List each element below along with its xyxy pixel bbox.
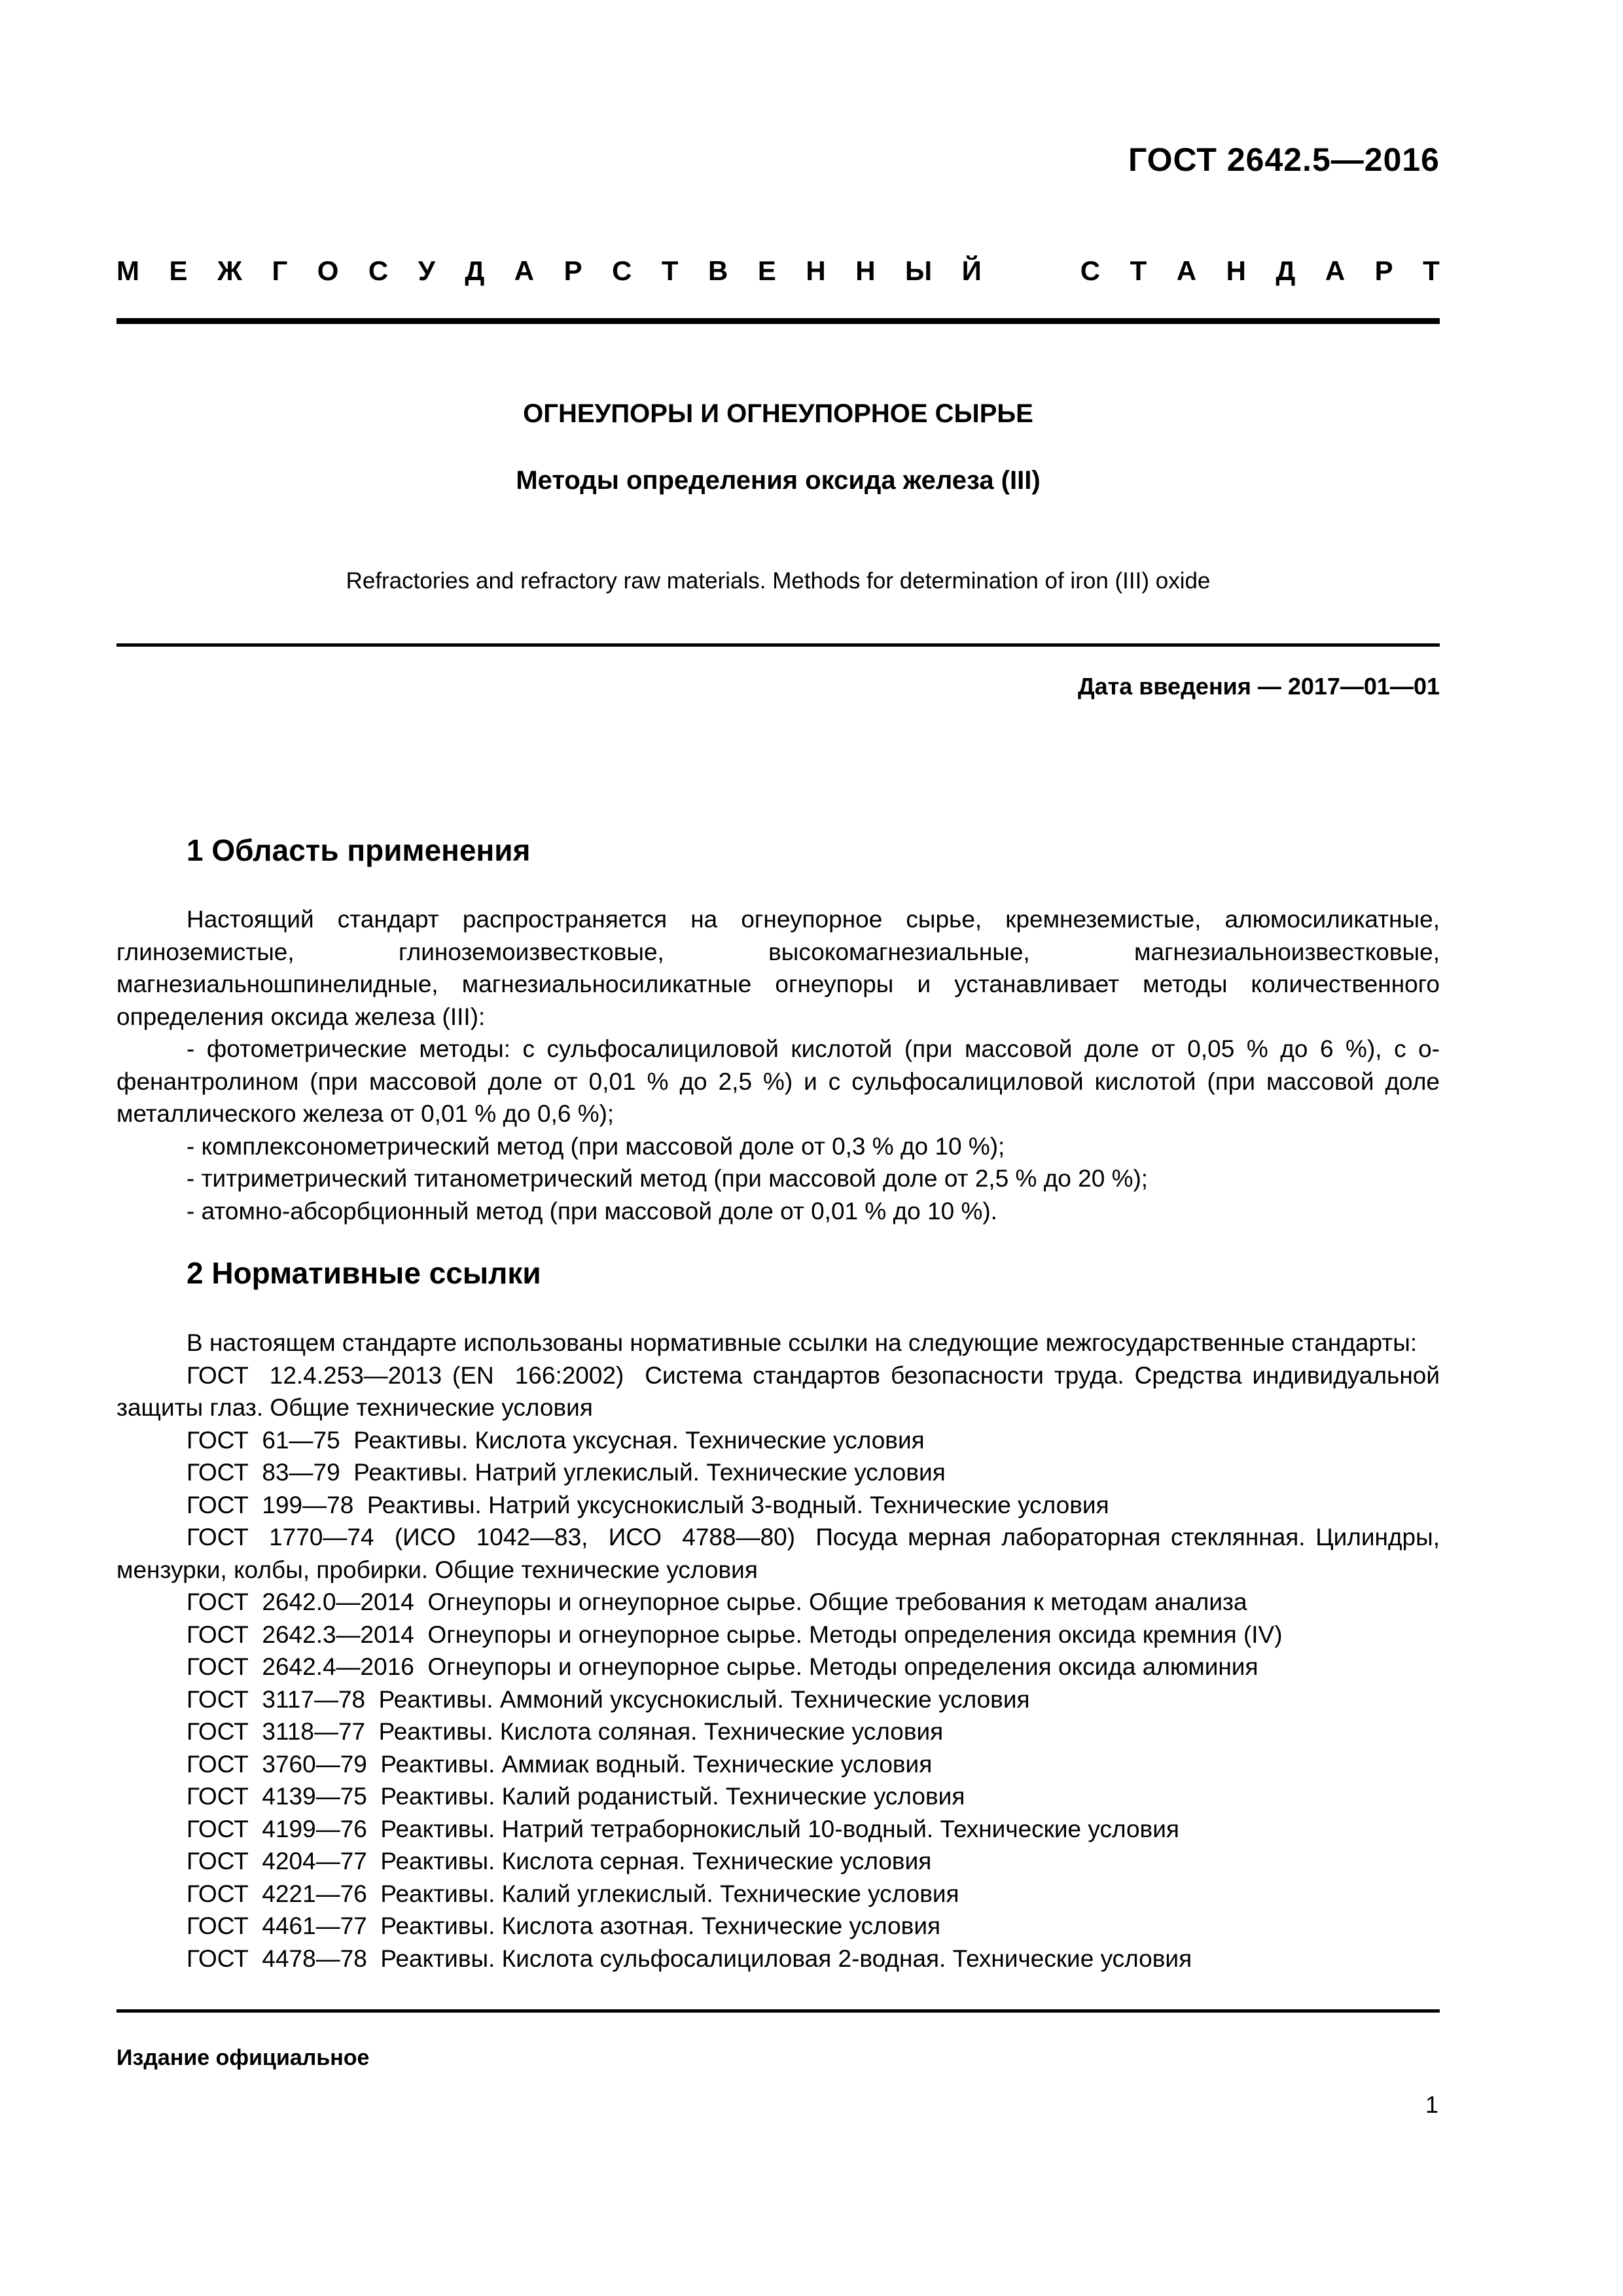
- banner-letter: В: [708, 255, 728, 287]
- reference-item: ГОСТ 3760—79 Реактивы. Аммиак водный. Те…: [116, 1748, 1440, 1781]
- reference-code: ГОСТ 4461—77: [187, 1912, 380, 1939]
- banner-letter: А: [514, 255, 534, 287]
- method-list: - фотометрические методы: с сульфосалици…: [116, 1033, 1440, 1227]
- banner-letter: Т: [1423, 255, 1440, 287]
- section-1-heading: 1 Область применения: [187, 833, 530, 868]
- banner-letter: Д: [1275, 255, 1295, 287]
- reference-item: ГОСТ 199—78 Реактивы. Натрий уксуснокисл…: [116, 1489, 1440, 1522]
- banner-letter: О: [317, 255, 339, 287]
- reference-item: ГОСТ 4478—78 Реактивы. Кислота сульфосал…: [116, 1943, 1440, 1975]
- reference-item: ГОСТ 4221—76 Реактивы. Калий углекислый.…: [116, 1878, 1440, 1910]
- reference-code: ГОСТ 2642.0—2014: [187, 1588, 427, 1615]
- reference-item: ГОСТ 4139—75 Реактивы. Калий роданистый.…: [116, 1780, 1440, 1813]
- banner-letter: С: [368, 255, 388, 287]
- page-number: 1: [1425, 2091, 1438, 2119]
- banner-letter: Ы: [905, 255, 932, 287]
- reference-code: ГОСТ 3118—77: [187, 1718, 379, 1745]
- banner-letter: Е: [169, 255, 187, 287]
- banner-letter: Д: [465, 255, 484, 287]
- reference-code: ГОСТ 199—78: [187, 1492, 367, 1518]
- reference-code: ГОСТ 2642.3—2014: [187, 1621, 427, 1648]
- reference-code: ГОСТ 4204—77: [187, 1848, 380, 1874]
- reference-item: ГОСТ 3117—78 Реактивы. Аммоний уксусноки…: [116, 1683, 1440, 1716]
- references-intro: В настоящем стандарте использованы норма…: [116, 1327, 1440, 1359]
- reference-code: ГОСТ 3117—78: [187, 1686, 379, 1713]
- banner-letter: Н: [1226, 255, 1246, 287]
- footer-rule: [116, 2009, 1440, 2013]
- document-title: ОГНЕУПОРЫ И ОГНЕУПОРНОЕ СЫРЬЕ: [116, 399, 1440, 429]
- english-title: Refractories and refractory raw material…: [116, 568, 1440, 594]
- reference-item: ГОСТ 4204—77 Реактивы. Кислота серная. Т…: [116, 1845, 1440, 1878]
- reference-item: ГОСТ 61—75 Реактивы. Кислота уксусная. Т…: [116, 1424, 1440, 1457]
- section-1-body: Настоящий стандарт распространяется на о…: [116, 903, 1440, 1227]
- banner-letter: С: [612, 255, 632, 287]
- reference-title: Реактивы. Кислота соляная. Технические у…: [379, 1718, 944, 1745]
- banner-letter: Г: [272, 255, 287, 287]
- method-list-item: - атомно-абсорбционный метод (при массов…: [116, 1195, 1440, 1228]
- reference-title: Реактивы. Кислота уксусная. Технические …: [353, 1427, 924, 1454]
- reference-code: ГОСТ 12.4.253—2013 (EN 166:2002): [187, 1362, 645, 1389]
- reference-code: ГОСТ 4221—76: [187, 1880, 380, 1907]
- reference-code: ГОСТ 3760—79: [187, 1751, 380, 1778]
- reference-list: ГОСТ 12.4.253—2013 (EN 166:2002) Система…: [116, 1359, 1440, 1975]
- reference-title: Реактивы. Кислота серная. Технические ус…: [380, 1848, 931, 1874]
- reference-title: Реактивы. Кислота азотная. Технические у…: [380, 1912, 940, 1939]
- method-list-item: - титриметрический титанометрический мет…: [116, 1162, 1440, 1195]
- reference-title: Реактивы. Натрий углекислый. Технические…: [353, 1459, 945, 1486]
- header-rule: [116, 318, 1440, 324]
- banner-letter: Н: [855, 255, 875, 287]
- section-2-heading: 2 Нормативные ссылки: [187, 1255, 541, 1291]
- reference-title: Реактивы. Аммиак водный. Технические усл…: [380, 1751, 932, 1778]
- reference-title: Реактивы. Калий углекислый. Технические …: [380, 1880, 959, 1907]
- interstate-standard-banner: МЕЖГОСУДАРСТВЕННЫЙСТАНДАРТ: [116, 255, 1440, 287]
- banner-letter: Р: [1375, 255, 1393, 287]
- banner-letter: Р: [564, 255, 582, 287]
- banner-letter: Е: [758, 255, 776, 287]
- document-subtitle: Методы определения оксида железа (III): [116, 466, 1440, 495]
- reference-title: Реактивы. Кислота сульфосалициловая 2-во…: [380, 1945, 1192, 1972]
- reference-item: ГОСТ 1770—74 (ИСО 1042—83, ИСО 4788—80) …: [116, 1521, 1440, 1586]
- reference-code: ГОСТ 1770—74 (ИСО 1042—83, ИСО 4788—80): [187, 1524, 815, 1551]
- reference-item: ГОСТ 12.4.253—2013 (EN 166:2002) Система…: [116, 1359, 1440, 1424]
- reference-code: ГОСТ 83—79: [187, 1459, 353, 1486]
- reference-title: Огнеупоры и огнеупорное сырье. Методы оп…: [427, 1621, 1282, 1648]
- reference-item: ГОСТ 3118—77 Реактивы. Кислота соляная. …: [116, 1715, 1440, 1748]
- scope-paragraph: Настоящий стандарт распространяется на о…: [116, 903, 1440, 1033]
- banner-letter: С: [1080, 255, 1100, 287]
- reference-code: ГОСТ 61—75: [187, 1427, 353, 1454]
- banner-letter: А: [1325, 255, 1345, 287]
- reference-code: ГОСТ 4199—76: [187, 1816, 380, 1842]
- reference-title: Реактивы. Аммоний уксуснокислый. Техниче…: [379, 1686, 1030, 1713]
- reference-title: Реактивы. Натрий тетраборнокислый 10-вод…: [380, 1816, 1179, 1842]
- official-edition-label: Издание официальное: [116, 2045, 369, 2071]
- method-list-item: - фотометрические методы: с сульфосалици…: [116, 1033, 1440, 1130]
- reference-title: Реактивы. Натрий уксуснокислый 3-водный.…: [367, 1492, 1109, 1518]
- banner-letter: У: [418, 255, 435, 287]
- reference-title: Огнеупоры и огнеупорное сырье. Методы оп…: [427, 1653, 1258, 1680]
- document-number: ГОСТ 2642.5—2016: [1128, 141, 1440, 179]
- banner-letter: Т: [662, 255, 679, 287]
- banner-letter: Т: [1130, 255, 1147, 287]
- reference-title: Реактивы. Калий роданистый. Технические …: [380, 1783, 965, 1810]
- banner-letter: Н: [806, 255, 825, 287]
- reference-title: Огнеупоры и огнеупорное сырье. Общие тре…: [427, 1588, 1247, 1615]
- banner-letter: Ж: [217, 255, 242, 287]
- title-rule: [116, 643, 1440, 647]
- reference-item: ГОСТ 83—79 Реактивы. Натрий углекислый. …: [116, 1456, 1440, 1489]
- reference-code: ГОСТ 4478—78: [187, 1945, 380, 1972]
- section-2-body: В настоящем стандарте использованы норма…: [116, 1327, 1440, 1975]
- method-list-item: - комплексонометрический метод (при масс…: [116, 1130, 1440, 1163]
- reference-code: ГОСТ 4139—75: [187, 1783, 380, 1810]
- reference-code: ГОСТ 2642.4—2016: [187, 1653, 427, 1680]
- banner-letter: А: [1177, 255, 1196, 287]
- banner-letter: М: [116, 255, 139, 287]
- banner-letter: Й: [962, 255, 982, 287]
- reference-item: ГОСТ 4461—77 Реактивы. Кислота азотная. …: [116, 1910, 1440, 1943]
- reference-item: ГОСТ 4199—76 Реактивы. Натрий тетраборно…: [116, 1813, 1440, 1846]
- reference-item: ГОСТ 2642.0—2014 Огнеупоры и огнеупорное…: [116, 1586, 1440, 1619]
- introduction-date: Дата введения — 2017—01—01: [1078, 673, 1440, 700]
- reference-item: ГОСТ 2642.4—2016 Огнеупоры и огнеупорное…: [116, 1651, 1440, 1683]
- reference-item: ГОСТ 2642.3—2014 Огнеупоры и огнеупорное…: [116, 1619, 1440, 1651]
